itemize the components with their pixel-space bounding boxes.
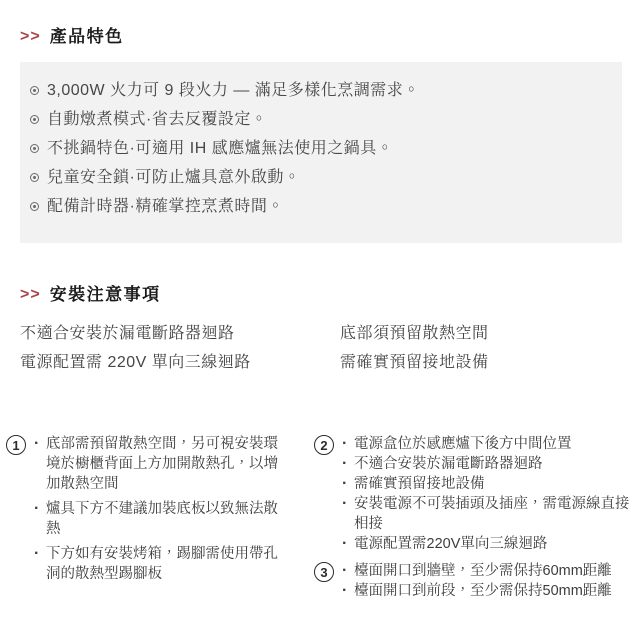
features-section-heading: >> 產品特色 bbox=[20, 27, 124, 47]
feature-text: 兒童安全鎖·可防止爐具意外啟動。 bbox=[47, 163, 300, 192]
installation-summary-grid: 不適合安裝於漏電斷路器迴路 底部須預留散熱空間 電源配置需 220V 單向三線迴… bbox=[20, 324, 489, 372]
note-text: 安裝電源不可裝插頭及插座，需電源線直接相接 bbox=[354, 494, 638, 534]
note-bullet-item: · 底部需預留散熱空間，另可視安裝環境於櫥櫃背面上方加開散熱孔，以增加散熱空間 bbox=[34, 434, 278, 494]
feature-list-item: 不挑鍋特色·可適用 IH 感應爐無法使用之鍋具。 bbox=[30, 134, 606, 163]
note-text: 檯面開口到前段，至少需保持50mm距離 bbox=[354, 581, 638, 601]
installation-note-1: 1 · 底部需預留散熱空間，另可視安裝環境於櫥櫃背面上方加開散熱孔，以增加散熱空… bbox=[6, 434, 306, 589]
circled-number-2-icon: 2 bbox=[314, 435, 334, 455]
note-bullet-item: · 下方如有安裝烤箱，踢腳需使用帶孔洞的散熱型踢腳板 bbox=[34, 544, 278, 584]
note-text: 電源配置需220V單向三線迴路 bbox=[354, 534, 638, 554]
installation-summary-cell: 需確實預留接地設備 bbox=[340, 353, 489, 372]
note-text: 爐具下方不建議加裝底板以致無法散熱 bbox=[46, 499, 278, 539]
note-text: 下方如有安裝烤箱，踢腳需使用帶孔洞的散熱型踢腳板 bbox=[46, 544, 278, 584]
installation-summary-cell: 不適合安裝於漏電斷路器迴路 bbox=[20, 324, 340, 343]
installation-summary-cell: 底部須預留散熱空間 bbox=[340, 324, 489, 343]
note-bullet-item: · 安裝電源不可裝插頭及插座，需電源線直接相接 bbox=[342, 494, 638, 534]
circled-number-3-icon: 3 bbox=[314, 562, 334, 582]
feature-text: 自動燉煮模式·省去反覆設定。 bbox=[47, 105, 267, 134]
installation-note-3: 3 · 檯面開口到牆壁，至少需保持60mm距離 · 檯面開口到前段，至少需保持5… bbox=[314, 561, 640, 601]
dot-bullet-icon: · bbox=[342, 434, 354, 454]
product-detail-page: { "meta": { "accent_color": "#a94449", "… bbox=[0, 0, 640, 640]
dot-bullet-icon: · bbox=[342, 454, 354, 474]
features-box: 3,000W 火力可 9 段火力 — 滿足多樣化烹調需求。 自動燉煮模式·省去反… bbox=[20, 62, 622, 243]
note-text: 底部需預留散熱空間，另可視安裝環境於櫥櫃背面上方加開散熱孔，以增加散熱空間 bbox=[46, 434, 278, 494]
feature-list-item: 3,000W 火力可 9 段火力 — 滿足多樣化烹調需求。 bbox=[30, 76, 606, 105]
note-text: 檯面開口到牆壁，至少需保持60mm距離 bbox=[354, 561, 638, 581]
note-bullet-item: · 檯面開口到前段，至少需保持50mm距離 bbox=[342, 581, 638, 601]
dot-bullet-icon: · bbox=[342, 534, 354, 554]
dot-bullet-icon: · bbox=[342, 494, 354, 534]
dot-bullet-icon: · bbox=[342, 561, 354, 581]
note-bullet-item: · 電源配置需220V單向三線迴路 bbox=[342, 534, 638, 554]
note-1-bullet-list: · 底部需預留散熱空間，另可視安裝環境於櫥櫃背面上方加開散熱孔，以增加散熱空間 … bbox=[34, 434, 278, 589]
dot-bullet-icon: · bbox=[342, 581, 354, 601]
feature-list-item: 配備計時器·精確掌控烹煮時間。 bbox=[30, 192, 606, 221]
double-chevron-icon: >> bbox=[20, 287, 41, 303]
note-bullet-item: · 需確實預留接地設備 bbox=[342, 474, 638, 494]
note-text: 不適合安裝於漏電斷路器迴路 bbox=[354, 454, 638, 474]
dot-bullet-icon: · bbox=[34, 544, 46, 584]
feature-list-item: 自動燉煮模式·省去反覆設定。 bbox=[30, 105, 606, 134]
note-text: 需確實預留接地設備 bbox=[354, 474, 638, 494]
installation-summary-cell: 電源配置需 220V 單向三線迴路 bbox=[20, 353, 340, 372]
note-2-bullet-list: · 電源盒位於感應爐下後方中間位置 · 不適合安裝於漏電斷路器迴路 · 需確實預… bbox=[342, 434, 638, 554]
installation-title: 安裝注意事項 bbox=[50, 285, 161, 305]
feature-text: 3,000W 火力可 9 段火力 — 滿足多樣化烹調需求。 bbox=[47, 76, 420, 105]
feature-text: 不挑鍋特色·可適用 IH 感應爐無法使用之鍋具。 bbox=[47, 134, 393, 163]
note-3-bullet-list: · 檯面開口到牆壁，至少需保持60mm距離 · 檯面開口到前段，至少需保持50m… bbox=[342, 561, 638, 601]
bullseye-bullet-icon bbox=[30, 115, 39, 124]
circled-number-1-icon: 1 bbox=[6, 435, 26, 455]
note-bullet-item: · 電源盒位於感應爐下後方中間位置 bbox=[342, 434, 638, 454]
bullseye-bullet-icon bbox=[30, 144, 39, 153]
features-title: 產品特色 bbox=[50, 27, 124, 47]
dot-bullet-icon: · bbox=[34, 499, 46, 539]
bullseye-bullet-icon bbox=[30, 173, 39, 182]
feature-text: 配備計時器·精確掌控烹煮時間。 bbox=[47, 192, 284, 221]
note-text: 電源盒位於感應爐下後方中間位置 bbox=[354, 434, 638, 454]
bullseye-bullet-icon bbox=[30, 86, 39, 95]
note-bullet-item: · 不適合安裝於漏電斷路器迴路 bbox=[342, 454, 638, 474]
installation-section-heading: >> 安裝注意事項 bbox=[20, 285, 161, 305]
dot-bullet-icon: · bbox=[342, 474, 354, 494]
dot-bullet-icon: · bbox=[34, 434, 46, 494]
bullseye-bullet-icon bbox=[30, 202, 39, 211]
feature-list-item: 兒童安全鎖·可防止爐具意外啟動。 bbox=[30, 163, 606, 192]
installation-note-2: 2 · 電源盒位於感應爐下後方中間位置 · 不適合安裝於漏電斷路器迴路 · 需確… bbox=[314, 434, 640, 554]
note-bullet-item: · 爐具下方不建議加裝底板以致無法散熱 bbox=[34, 499, 278, 539]
note-bullet-item: · 檯面開口到牆壁，至少需保持60mm距離 bbox=[342, 561, 638, 581]
double-chevron-icon: >> bbox=[20, 29, 41, 45]
